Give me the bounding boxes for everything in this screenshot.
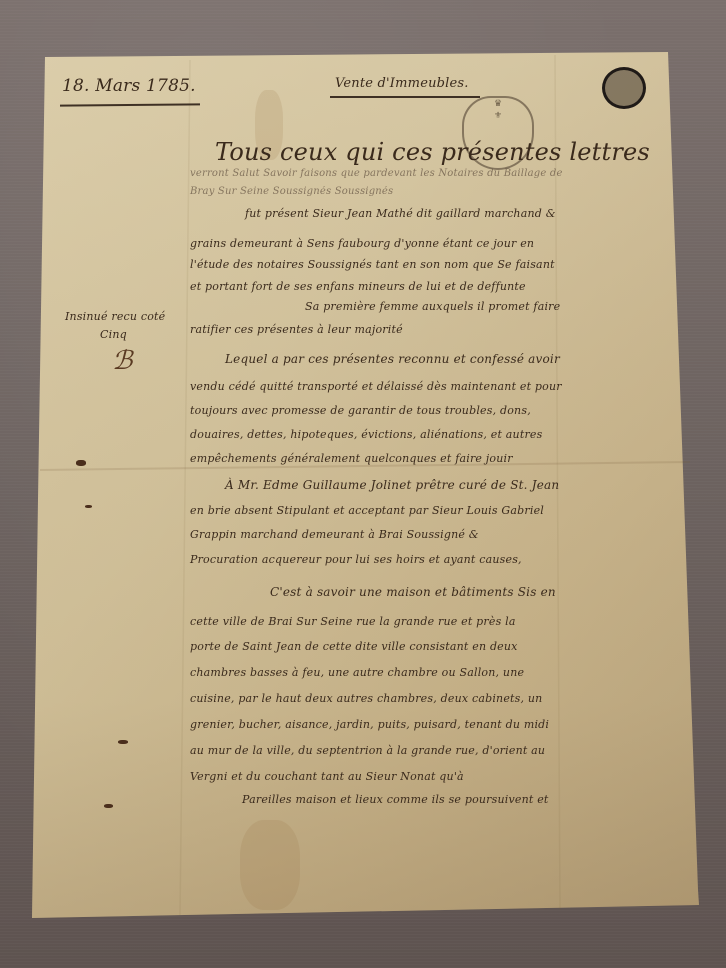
ink-spot — [76, 460, 86, 466]
body-line: cuisine, par le haut deux autres chambre… — [190, 692, 542, 705]
body-line: en brie absent Stipulant et acceptant pa… — [190, 504, 544, 517]
document-title: Vente d'Immeubles. — [335, 76, 469, 91]
ink-spot — [118, 740, 128, 744]
margin-note-line-2: Cinq — [100, 328, 127, 341]
body-line: l'étude des notaires Soussignés tant en … — [190, 258, 555, 271]
body-line: douaires, dettes, hipoteques, évictions,… — [190, 428, 542, 441]
body-line: grains demeurant à Sens faubourg d'yonne… — [190, 237, 534, 250]
body-line: Bray Sur Seine Soussignés Soussignés — [190, 186, 393, 197]
paraph-signature: ℬ — [112, 346, 133, 376]
body-line: vendu cédé quitté transporté et délaissé… — [190, 380, 562, 393]
ink-spot — [104, 804, 113, 808]
water-stain — [240, 820, 300, 910]
body-line: À Mr. Edme Guillaume Jolinet prêtre curé… — [225, 478, 559, 492]
body-line: Procuration acquereur pour lui ses hoirs… — [190, 553, 522, 566]
body-line: et portant fort de ses enfans mineurs de… — [190, 280, 526, 293]
ink-spot — [85, 505, 92, 508]
body-line: chambres basses à feu, une autre chambre… — [190, 666, 524, 679]
body-line: cette ville de Brai Sur Seine rue la gra… — [190, 615, 516, 628]
body-line: Pareilles maison et lieux comme ils se p… — [242, 793, 549, 806]
body-line: verront Salut Savoir faisons que pardeva… — [190, 168, 563, 179]
body-line: au mur de la ville, du septentrion à la … — [190, 744, 545, 757]
body-line: Vergni et du couchant tant au Sieur Nona… — [190, 770, 464, 783]
round-stamp-icon — [602, 67, 646, 109]
body-line: Grappin marchand demeurant à Brai Soussi… — [190, 528, 479, 541]
margin-note-line-1: Insinué recu coté — [65, 310, 165, 323]
title-underline — [330, 96, 480, 98]
body-line: C'est à savoir une maison et bâtiments S… — [270, 585, 556, 599]
document-photo: 18. Mars 1785. Vente d'Immeubles. ♛⚜ Ins… — [0, 0, 726, 968]
body-line: empêchements généralement quelconques et… — [190, 452, 513, 465]
body-line: porte de Saint Jean de cette dite ville … — [190, 640, 518, 653]
body-line: grenier, bucher, aisance, jardin, puits,… — [190, 718, 549, 731]
body-line: Sa première femme auxquels il promet fai… — [305, 300, 560, 313]
body-line: Lequel a par ces présentes reconnu et co… — [225, 352, 560, 366]
document-date: 18. Mars 1785. — [62, 76, 196, 96]
opening-line: Tous ceux qui ces présentes lettres — [215, 138, 650, 166]
body-line: ratifier ces présentes à leur majorité — [190, 323, 403, 336]
body-line: fut présent Sieur Jean Mathé dit gaillar… — [245, 207, 556, 220]
body-line: toujours avec promesse de garantir de to… — [190, 404, 531, 417]
